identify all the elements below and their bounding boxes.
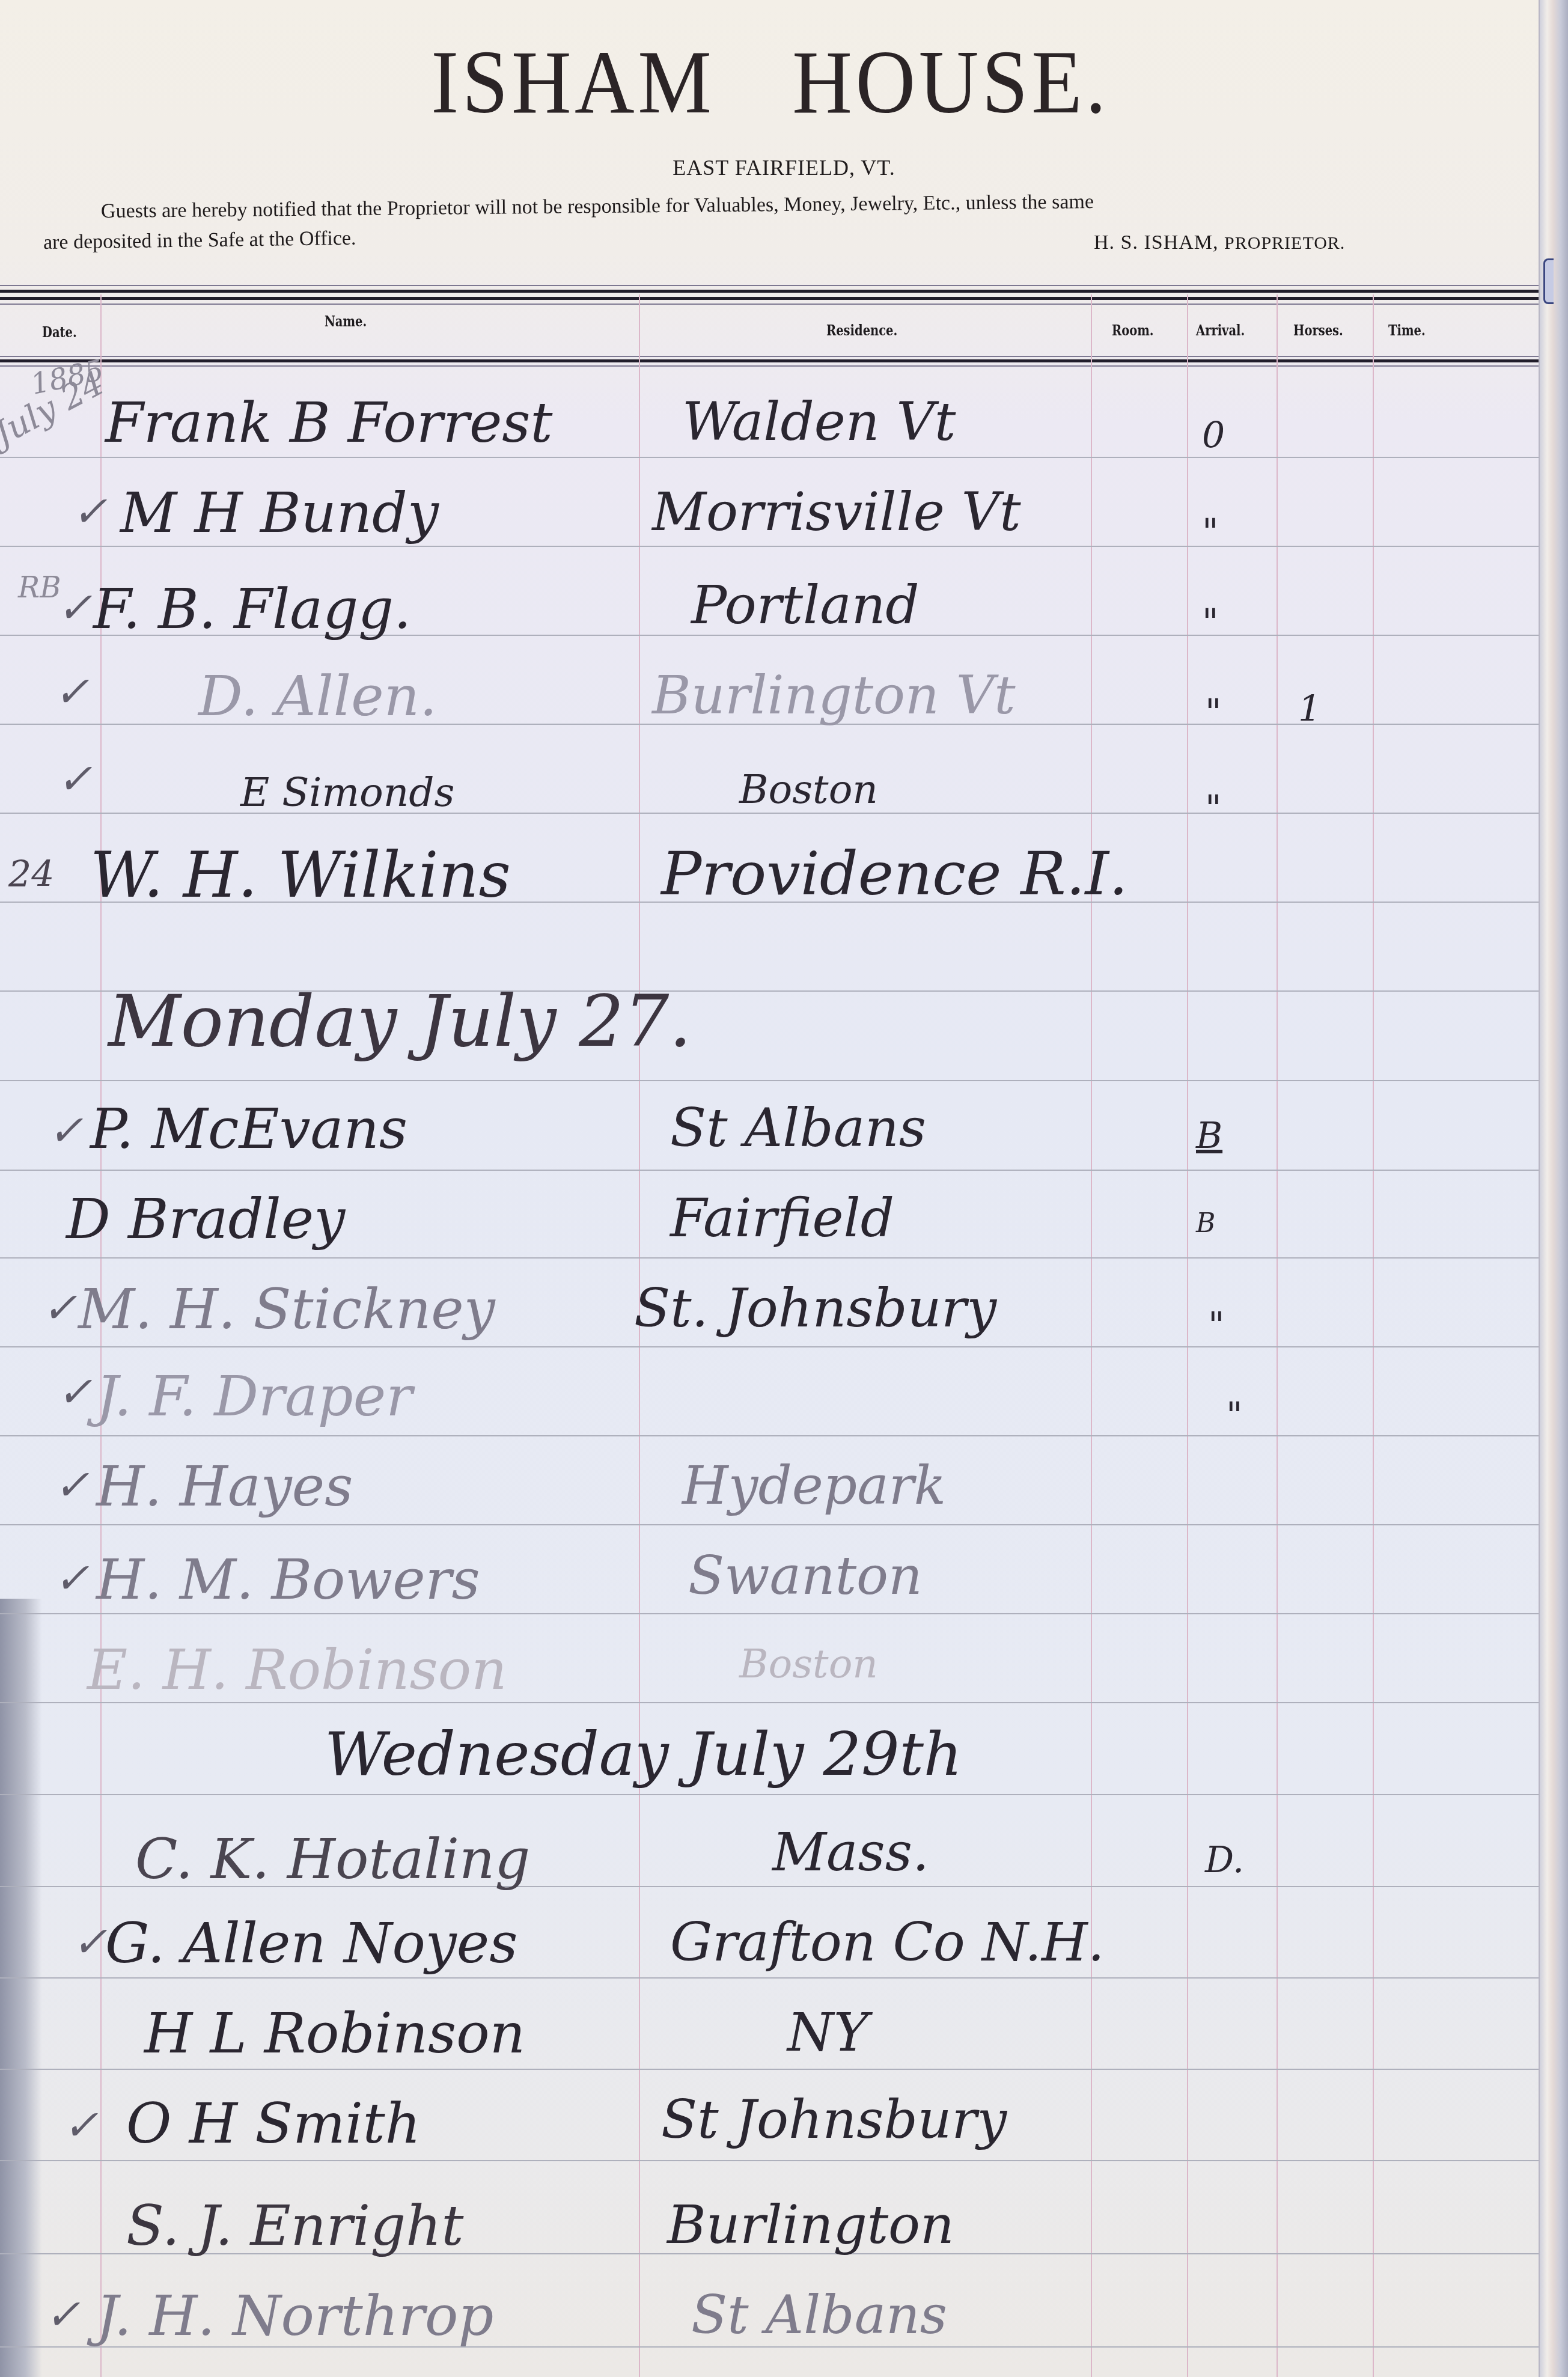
check-mark-icon: ✓ — [45, 2290, 81, 2339]
guest-name: E. H. Robinson — [87, 1638, 507, 1702]
guest-name: P. McEvans — [90, 1097, 407, 1161]
guest-residence: St. Johnsbury — [634, 1277, 996, 1339]
row-rule — [0, 1346, 1539, 1347]
row-rule — [0, 2069, 1539, 2070]
arrival-mark: " — [1202, 601, 1219, 643]
column-header-date: Date. — [42, 323, 77, 341]
column-header-horses: Horses. — [1293, 322, 1343, 339]
guest-residence: Portland — [691, 574, 920, 636]
guest-residence: Hydepark — [682, 1454, 946, 1516]
check-mark-icon: ✓ — [72, 1917, 108, 1967]
guest-residence: Walden Vt — [682, 391, 956, 453]
guest-name: M. H. Stickney — [78, 1277, 495, 1341]
proprietor-name: H. S. ISHAM, — [1094, 231, 1219, 254]
hotel-location: EAST FAIRFIELD, VT. — [0, 155, 1568, 180]
check-mark-icon: ✓ — [63, 2101, 99, 2150]
column-header-arrival: Arrival. — [1196, 322, 1245, 339]
header-rule-top-thick-2 — [0, 297, 1539, 300]
title-word-isham: ISHAM — [431, 32, 715, 132]
arrival-mark: " — [1208, 1304, 1225, 1346]
register-page: ISHAMHOUSE. EAST FAIRFIELD, VT. Guests a… — [0, 0, 1568, 2377]
column-header-residence: Residence. — [826, 322, 897, 339]
guest-residence: Burlington — [667, 2194, 954, 2256]
margin-day-24: 24 — [8, 853, 54, 896]
guest-name: H. M. Bowers — [96, 1548, 480, 1612]
column-rule-horses — [1373, 294, 1374, 2377]
guest-name: G. Allen Noyes — [105, 1911, 517, 1976]
row-rule — [0, 1613, 1539, 1614]
guest-name: H. Hayes — [96, 1454, 353, 1519]
row-rule — [0, 2160, 1539, 2161]
book-binding-edge — [1539, 0, 1568, 2377]
proprietor-title: PROPRIETOR. — [1224, 233, 1345, 253]
guest-name: H L Robinson — [144, 2001, 525, 2066]
column-rule-arrival — [1277, 294, 1278, 2377]
row-rule — [0, 1257, 1539, 1259]
column-header-room: Room. — [1112, 322, 1154, 339]
arrival-mark: B — [1196, 1208, 1215, 1239]
header-rule-top-thin-2 — [0, 304, 1539, 305]
guest-name: M H Bundy — [120, 481, 439, 545]
header-rule-bottom-thin — [0, 356, 1539, 357]
guest-name: Frank B Forrest — [105, 391, 553, 455]
horses-count: 1 — [1298, 688, 1321, 730]
row-rule — [0, 1977, 1539, 1979]
guest-residence: Boston — [739, 766, 878, 813]
guest-residence: Burlington Vt — [652, 664, 1016, 726]
notice-line-2: are deposited in the Safe at the Office. — [43, 225, 356, 256]
proprietor-signature: H. S. ISHAM, PROPRIETOR. — [1094, 230, 1345, 257]
arrival-mark: 0 — [1202, 415, 1225, 457]
arrival-mark: " — [1226, 1394, 1243, 1436]
guest-residence: Swanton — [688, 1545, 923, 1607]
check-mark-icon: ✓ — [54, 667, 90, 716]
guest-name: W. H. Wilkins — [90, 838, 511, 912]
guest-residence: Mass. — [772, 1821, 929, 1883]
guest-residence: St Albans — [670, 1097, 926, 1159]
notice-line-1: Guests are hereby notified that the Prop… — [101, 189, 1094, 225]
row-rule — [0, 1524, 1539, 1525]
guest-residence: Morrisville Vt — [652, 481, 1021, 543]
guest-name: C. K. Hotaling — [135, 1827, 530, 1891]
check-mark-icon: ✓ — [54, 1460, 90, 1510]
arrival-mark: " — [1205, 787, 1222, 829]
guest-name: E Simonds — [240, 769, 454, 816]
row-rule — [0, 1794, 1539, 1795]
guest-residence: St Albans — [691, 2284, 947, 2346]
check-mark-icon: ✓ — [57, 583, 93, 632]
arrival-mark: " — [1202, 511, 1219, 553]
page-tab-icon — [1543, 258, 1554, 304]
guest-name: D. Allen. — [198, 664, 437, 728]
guest-residence: Providence R.I. — [661, 838, 1128, 909]
check-mark-icon: ✓ — [57, 1367, 93, 1417]
check-mark-icon: ✓ — [54, 1554, 90, 1603]
row-rule — [0, 546, 1539, 547]
row-rule — [0, 1080, 1539, 1081]
arrival-mark: D. — [1205, 1839, 1244, 1881]
hotel-title: ISHAMHOUSE. — [392, 37, 1122, 127]
guest-name: S. J. Enright — [126, 2194, 463, 2258]
guest-residence: St Johnsbury — [661, 2089, 1007, 2150]
row-rule — [0, 813, 1539, 814]
guest-name: D Bradley — [66, 1187, 345, 1251]
header-rule-bottom-thick — [0, 359, 1539, 362]
header-rule-top-thin — [0, 285, 1539, 286]
check-mark-icon: ✓ — [72, 487, 108, 536]
check-mark-icon: ✓ — [42, 1283, 78, 1332]
check-mark-icon: ✓ — [57, 754, 93, 804]
guest-residence: NY — [787, 2001, 868, 2063]
row-rule — [0, 1702, 1539, 1703]
column-rule-room — [1187, 294, 1188, 2377]
column-header-name: Name. — [325, 313, 367, 330]
guest-name: F. B. Flagg. — [93, 577, 411, 641]
guest-name: J. F. Draper — [96, 1364, 412, 1429]
column-header-time: Time. — [1388, 322, 1426, 339]
header-rule-top-thick — [0, 290, 1539, 293]
page-shadow — [0, 1599, 42, 2377]
column-rule-residence — [1091, 294, 1092, 2377]
title-word-house: HOUSE. — [792, 32, 1109, 132]
day-heading-wednesday: Wednesday July 29th — [325, 1719, 962, 1789]
guest-residence: Fairfield — [670, 1187, 894, 1249]
guest-name: J. H. Northrop — [96, 2284, 493, 2348]
guest-residence: Boston — [739, 1641, 878, 1687]
margin-rb: RB — [18, 571, 61, 605]
day-heading-monday: Monday July 27. — [108, 980, 692, 1063]
row-rule — [0, 1435, 1539, 1436]
arrival-mark: " — [1205, 691, 1222, 733]
guest-residence: Grafton Co N.H. — [670, 1911, 1105, 1973]
row-rule — [0, 457, 1539, 458]
header-rule-bottom-thin-2 — [0, 365, 1539, 367]
check-mark-icon: ✓ — [48, 1106, 84, 1155]
guest-name: O H Smith — [126, 2092, 421, 2156]
row-rule — [0, 1170, 1539, 1171]
arrival-mark: B — [1196, 1115, 1222, 1157]
